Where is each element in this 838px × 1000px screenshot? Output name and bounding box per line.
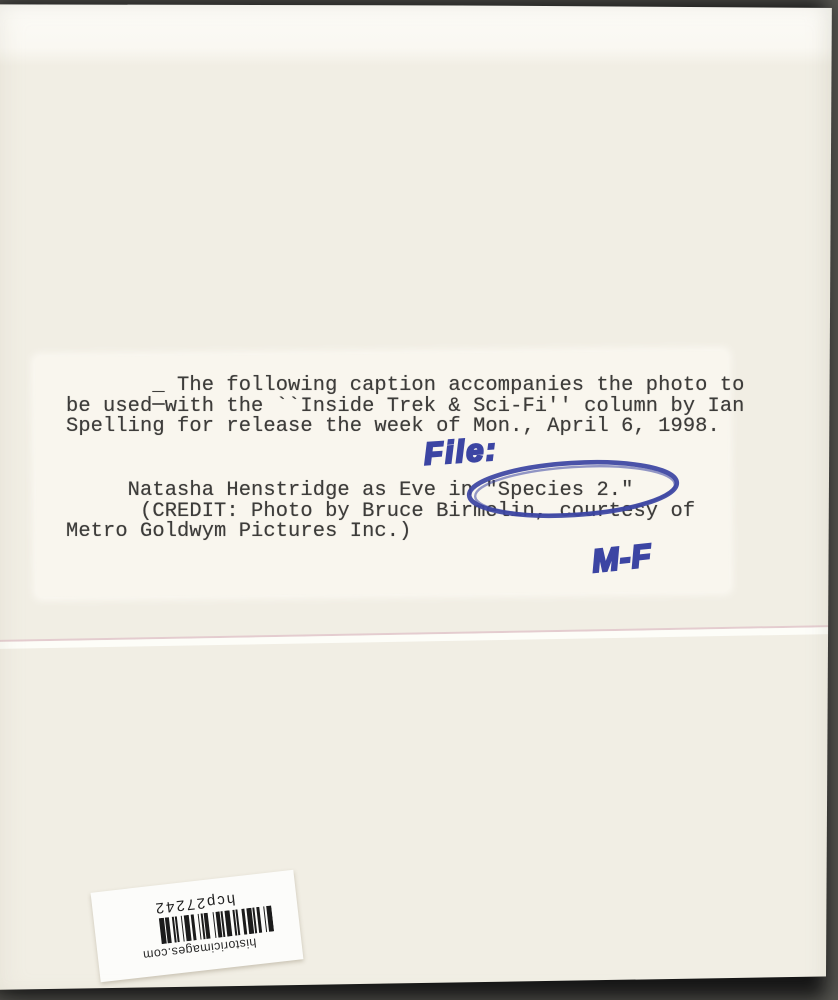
scan-edge-right (822, 0, 838, 1000)
paper-light-band (0, 4, 838, 66)
inventory-sticker: historicimages.com hcp27242 (91, 870, 304, 983)
stray-typewriter-mark (152, 403, 165, 405)
handwritten-file-label: File: (423, 431, 499, 472)
handwritten-grade-label: M-F (590, 537, 653, 580)
typewritten-caption-paragraph-1: _ The following caption accompanies the … (66, 376, 745, 438)
typewritten-caption-paragraph-2: Natasha Henstridge as Eve in "Species 2.… (66, 481, 695, 543)
scanned-photo-back: _ The following caption accompanies the … (0, 0, 838, 1000)
